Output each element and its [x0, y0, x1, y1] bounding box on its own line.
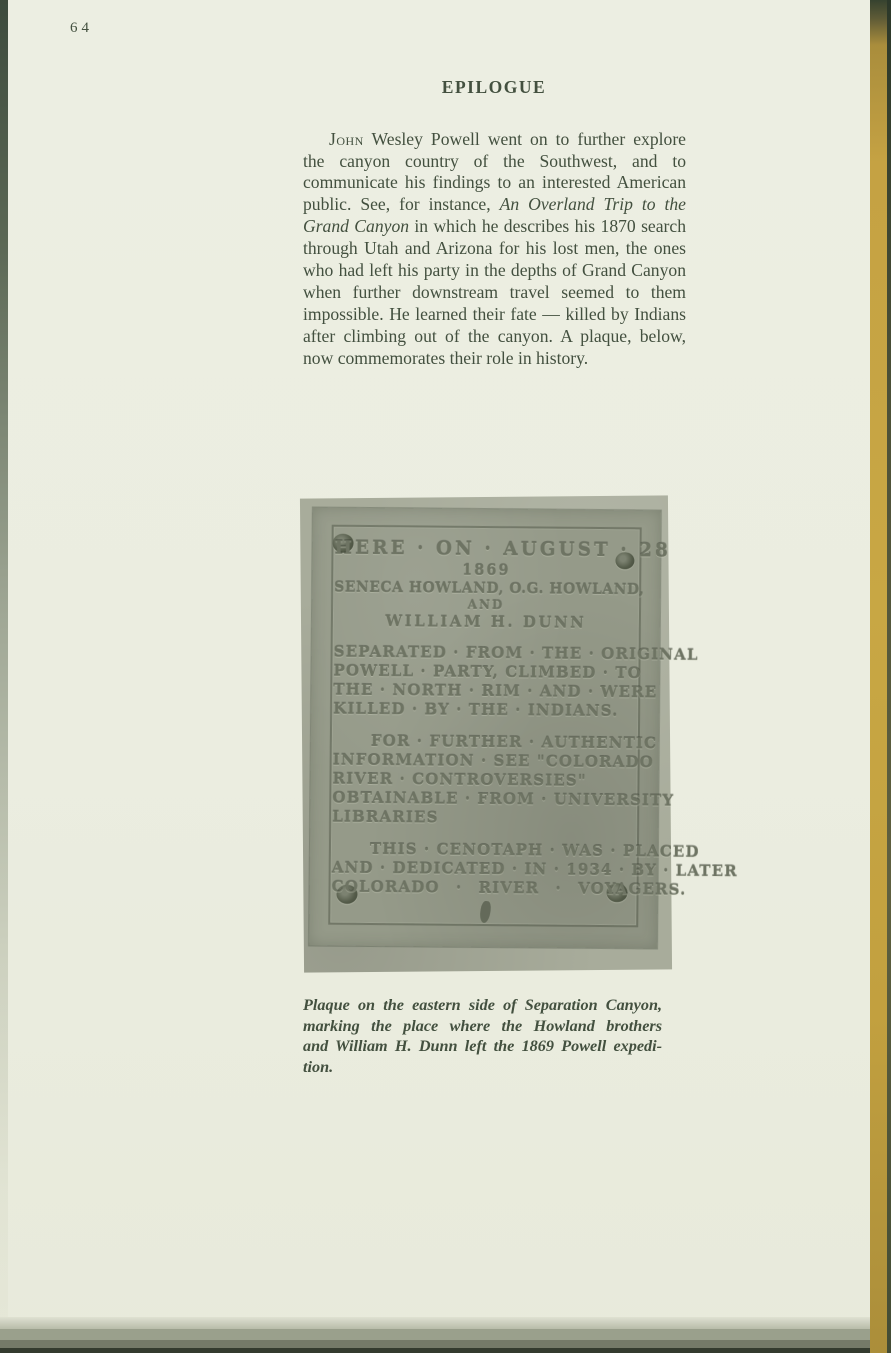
plaque-line: KILLED · BY · THE · INDIANS. [333, 700, 637, 722]
plaque-line: SEPARATED · FROM · THE · ORIGINAL [334, 643, 638, 665]
scan-edge-bottom-pages-mid [0, 1329, 870, 1340]
plaque-line: AND [334, 597, 638, 614]
plaque-line: INFORMATION · SEE "COLORADO [333, 751, 637, 773]
memorial-plaque: HERE · ON · AUGUST · 28 1869 SENECA HOWL… [309, 507, 661, 948]
plaque-line: WILLIAM H. DUNN [334, 612, 638, 633]
paragraph-text-after-title: in which he describes his 1870 search th… [303, 216, 686, 367]
plaque-inscription: HERE · ON · AUGUST · 28 1869 SENECA HOWL… [331, 538, 638, 929]
scan-edge-bottom-pages-dark [0, 1340, 870, 1348]
plaque-line: RIVER · CONTROVERSIES" [332, 770, 636, 792]
scanned-book-page: 64 EPILOGUE John Wesley Powell went on t… [0, 0, 891, 1353]
plaque-paragraph-information: FOR · FURTHER · AUTHENTIC INFORMATION · … [332, 732, 637, 830]
plaque-photograph: HERE · ON · AUGUST · 28 1869 SENECA HOWL… [300, 495, 672, 972]
caption-line: and William H. Dunn left the 1869 Powell… [303, 1036, 662, 1057]
caption-line: Plaque on the eastern side of Separation… [303, 995, 662, 1016]
photo-caption: Plaque on the eastern side of Separation… [303, 995, 662, 1077]
plaque-line: FOR · FURTHER · AUTHENTIC [333, 732, 637, 754]
plaque-line: HERE · ON · AUGUST · 28 [334, 538, 638, 562]
scan-edge-bottom-pages-light [0, 1317, 870, 1329]
scan-edge-bottom-dark [0, 1348, 891, 1353]
plaque-line: THE · NORTH · RIM · AND · WERE [333, 681, 637, 703]
plaque-line: SENECA HOWLAND, O.G. HOWLAND, [334, 580, 638, 599]
lead-word: John [329, 129, 364, 149]
page-number: 64 [70, 20, 93, 37]
scan-edge-right-book-pages [870, 0, 887, 1353]
plaque-line: 1869 [334, 561, 638, 581]
plaque-paragraph-separated: SEPARATED · FROM · THE · ORIGINAL POWELL… [333, 643, 638, 722]
plaque-line: LIBRARIES [332, 808, 636, 830]
plaque-paragraph-cenotaph: THIS · CENOTAPH · WAS · PLACED AND · DED… [331, 840, 635, 900]
caption-line: tion. [303, 1057, 662, 1078]
plaque-line: COLORADO · RIVER · VOYAGERS. [331, 878, 635, 900]
epilogue-paragraph: John Wesley Powell went on to further ex… [303, 129, 686, 370]
caption-line: marking the place where the Howland brot… [303, 1016, 662, 1037]
scan-edge-right-dark [887, 0, 891, 1353]
scan-edge-left [0, 0, 8, 1353]
epilogue-heading: EPILOGUE [303, 77, 685, 98]
plaque-line: POWELL · PARTY, CLIMBED · TO [333, 662, 637, 684]
